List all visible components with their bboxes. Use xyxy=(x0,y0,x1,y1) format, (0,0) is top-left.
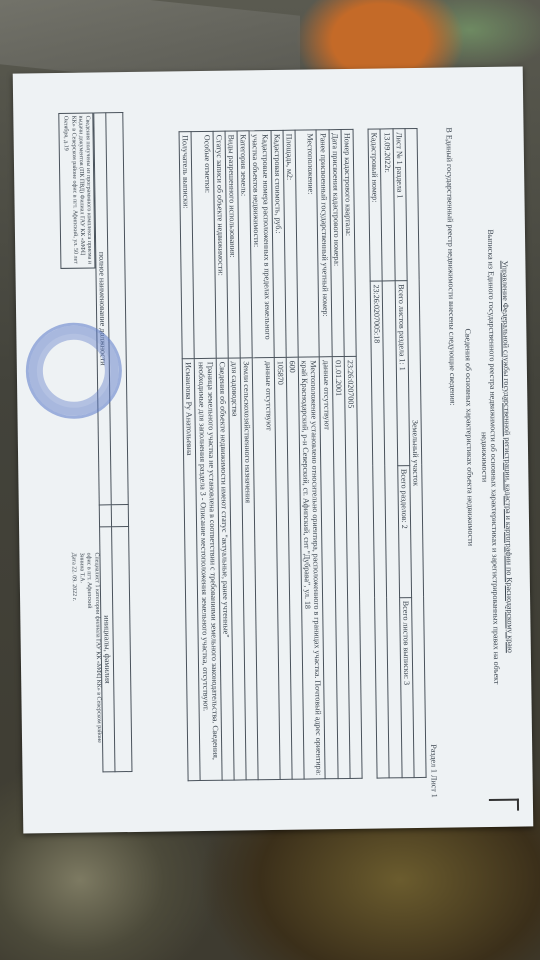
document-date: 13.09.2022г. xyxy=(380,129,394,281)
authority-header: Управление Федеральной службы государств… xyxy=(499,197,515,717)
sheet-number: Лист № 1 раздела 1 xyxy=(393,129,407,281)
sections-total: Всего разделов: 2 xyxy=(397,465,411,597)
cadastral-number-label: Кадастровый номер: xyxy=(368,129,382,281)
field-label: Особые отметки: xyxy=(191,131,216,358)
certification-block: Специалист 1 категории филиала ГАУ КК «М… xyxy=(69,552,102,752)
document-title: Выписка из Единого государственного реес… xyxy=(476,217,501,697)
document-content: Управление Федеральной службы государств… xyxy=(23,77,523,824)
corner-mark xyxy=(489,799,519,811)
document-sheet: Управление Федеральной службы государств… xyxy=(13,66,534,833)
field-label: Кадастровые номера расположенных в преде… xyxy=(249,131,274,358)
section-marker: Раздел 1 Лист 1 xyxy=(429,744,439,798)
sheets-total: Всего листов выписки: 3 xyxy=(399,597,414,777)
lead-text: В Единый государственный реестр недвижим… xyxy=(444,127,457,405)
sheets-in-section: Всего листов раздела 1: 1 xyxy=(395,281,410,466)
issuer-box: Сведения получены из программного компле… xyxy=(59,112,96,268)
document-subtitle: Сведения об основных характеристиках объ… xyxy=(460,117,478,757)
sheet-info-table: Земельный участок Лист № 1 раздела 1 Все… xyxy=(368,128,427,779)
fields-table: Номер кадастрового квартала:23:26:020700… xyxy=(179,129,363,781)
field-label: Местоположение: xyxy=(295,130,320,357)
